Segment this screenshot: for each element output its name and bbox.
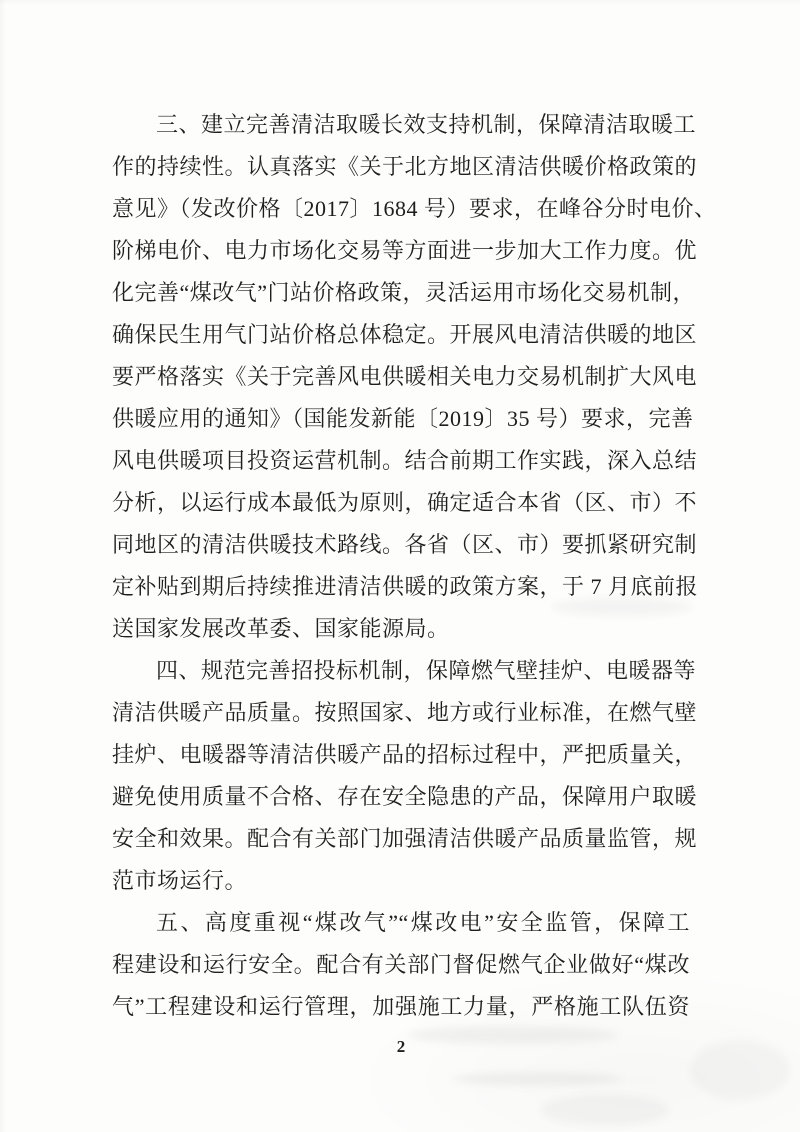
text-line: 范市场运行。 <box>112 860 690 902</box>
text-line: 定补贴到期后持续推进清洁供暖的政策方案，于 7 月底前报 <box>112 566 690 608</box>
page-number: 2 <box>112 1032 690 1062</box>
scan-smudge <box>452 1072 622 1086</box>
text-line: 意见》（发改价格〔2017〕1684 号）要求，在峰谷分时电价、 <box>112 188 690 230</box>
document-page: 三、建立完善清洁取暖长效支持机制，保障清洁取暖工 作的持续性。认真落实《关于北方… <box>0 0 800 1132</box>
text-line: 四、规范完善招投标机制，保障燃气壁挂炉、电暖器等 <box>112 650 690 692</box>
text-line: 要严格落实《关于完善风电供暖相关电力交易机制扩大风电 <box>112 356 690 398</box>
text-line: 化完善“煤改气”门站价格政策，灵活运用市场化交易机制， <box>112 272 690 314</box>
document-body: 三、建立完善清洁取暖长效支持机制，保障清洁取暖工 作的持续性。认真落实《关于北方… <box>112 104 690 1028</box>
text-line: 分析，以运行成本最低为原则，确定适合本省（区、市）不 <box>112 482 690 524</box>
text-line: 送国家发展改革委、国家能源局。 <box>112 608 690 650</box>
text-line: 挂炉、电暖器等清洁供暖产品的招标过程中，严把质量关， <box>112 734 690 776</box>
scan-smudge <box>540 1094 670 1126</box>
text-line: 确保民生用气门站价格总体稳定。开展风电清洁供暖的地区 <box>112 314 690 356</box>
text-line: 作的持续性。认真落实《关于北方地区清洁供暖价格政策的 <box>112 146 690 188</box>
text-line: 气”工程建设和运行管理，加强施工力量，严格施工队伍资 <box>112 986 690 1028</box>
text-line: 三、建立完善清洁取暖长效支持机制，保障清洁取暖工 <box>112 104 690 146</box>
text-line: 清洁供暖产品质量。按照国家、地方或行业标准，在燃气壁 <box>112 692 690 734</box>
paragraph-5-safety-supervision: 五、高度重视“煤改气”“煤改电”安全监管，保障工 程建设和运行安全。配合有关部门… <box>112 902 690 1028</box>
paragraph-3-clean-heating-support: 三、建立完善清洁取暖长效支持机制，保障清洁取暖工 作的持续性。认真落实《关于北方… <box>112 104 690 650</box>
paragraph-4-bidding-quality: 四、规范完善招投标机制，保障燃气壁挂炉、电暖器等 清洁供暖产品质量。按照国家、地… <box>112 650 690 902</box>
text-line: 避免使用质量不合格、存在安全隐患的产品，保障用户取暖 <box>112 776 690 818</box>
text-line: 阶梯电价、电力市场化交易等方面进一步加大工作力度。优 <box>112 230 690 272</box>
text-line: 同地区的清洁供暖技术路线。各省（区、市）要抓紧研究制 <box>112 524 690 566</box>
text-line: 五、高度重视“煤改气”“煤改电”安全监管，保障工 <box>112 902 690 944</box>
text-line: 风电供暖项目投资运营机制。结合前期工作实践，深入总结 <box>112 440 690 482</box>
scan-smudge <box>690 1040 790 1100</box>
text-line: 供暖应用的通知》（国能发新能〔2019〕35 号）要求，完善 <box>112 398 690 440</box>
text-line: 安全和效果。配合有关部门加强清洁供暖产品质量监管，规 <box>112 818 690 860</box>
text-line: 程建设和运行安全。配合有关部门督促燃气企业做好“煤改 <box>112 944 690 986</box>
